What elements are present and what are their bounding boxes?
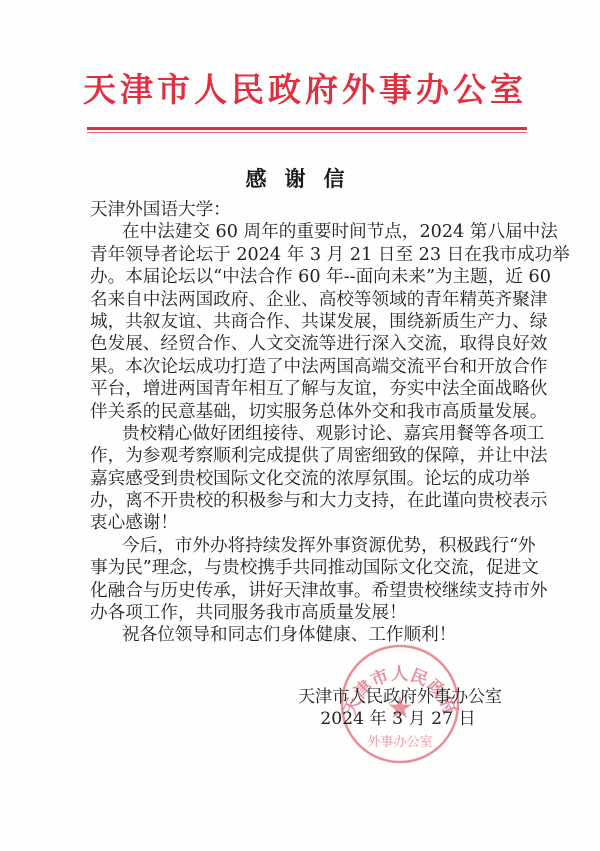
body-line: 青年领导者论坛于 2024 年 3 月 21 日至 23 日在我市成功举 (90, 244, 520, 266)
body-line: 办，离不开贵校的积极参与和大力支持，在此谨向贵校表示 (90, 490, 520, 512)
signature-org: 天津市人民政府外事办公室 (298, 686, 498, 708)
letter-body: 天津外国语大学： 在中法建交 60 周年的重要时间节点，2024 第八届中法青年… (90, 199, 520, 647)
letterhead-rule-thin (87, 132, 527, 133)
body-line: 化融合与历史传承，讲好天津故事。希望贵校继续支持市外 (90, 580, 520, 602)
signature-block: 天津市人民政府外事办公室 2024 年 3 月 27 日 (298, 686, 498, 730)
body-line: 平台，增进两国青年相互了解与友谊，夯实中法全面战略伙 (90, 378, 520, 400)
document-title: 感谢信 (0, 164, 600, 194)
letter-page: 天津市人民政府外事办公室 感谢信 天津外国语大学： 在中法建交 60 周年的重要… (0, 0, 600, 851)
seal-bottom-text: 外事办公室 (367, 734, 432, 750)
body-line: 嘉宾感受到贵校国际文化交流的浓厚氛围。论坛的成功举 (90, 468, 520, 490)
body-line: 今后，市外办将持续发挥外事资源优势，积极践行“外 (90, 535, 520, 557)
body-line: 事为民”理念，与贵校携手共同推动国际文化交流，促进文 (90, 557, 520, 579)
body-line: 贵校精心做好团组接待、观影讨论、嘉宾用餐等各项工 (90, 423, 520, 445)
body-line: 衷心感谢！ (90, 512, 520, 534)
signature-date: 2024 年 3 月 27 日 (298, 708, 498, 730)
letterhead-org-name: 天津市人民政府外事办公室 (0, 68, 600, 112)
body-line: 果。本次论坛成功打造了中法两国高端交流平台和开放合作 (90, 356, 520, 378)
body-line: 名来自中法两国政府、企业、高校等领域的青年精英齐聚津 (90, 289, 520, 311)
body-line: 伴关系的民意基础，切实服务总体外交和我市高质量发展。 (90, 401, 520, 423)
body-line: 城，共叙友谊、共商合作、共谋发展，围绕新质生产力、绿 (90, 311, 520, 333)
body-line: 色发展、经贸合作、人文交流等进行深入交流，取得良好效 (90, 333, 520, 355)
body-line: 办各项工作，共同服务我市高质量发展！ (90, 602, 520, 624)
salutation: 天津外国语大学： (90, 199, 520, 221)
body-line: 作，为参观考察顺利完成提供了周密细致的保障，并让中法 (90, 445, 520, 467)
letterhead-rule-thick (87, 127, 527, 130)
body-line: 在中法建交 60 周年的重要时间节点，2024 第八届中法 (90, 221, 520, 243)
body-lines: 在中法建交 60 周年的重要时间节点，2024 第八届中法青年领导者论坛于 20… (90, 221, 520, 646)
body-line: 办。本届论坛以“中法合作 60 年--面向未来”为主题，近 60 (90, 266, 520, 288)
